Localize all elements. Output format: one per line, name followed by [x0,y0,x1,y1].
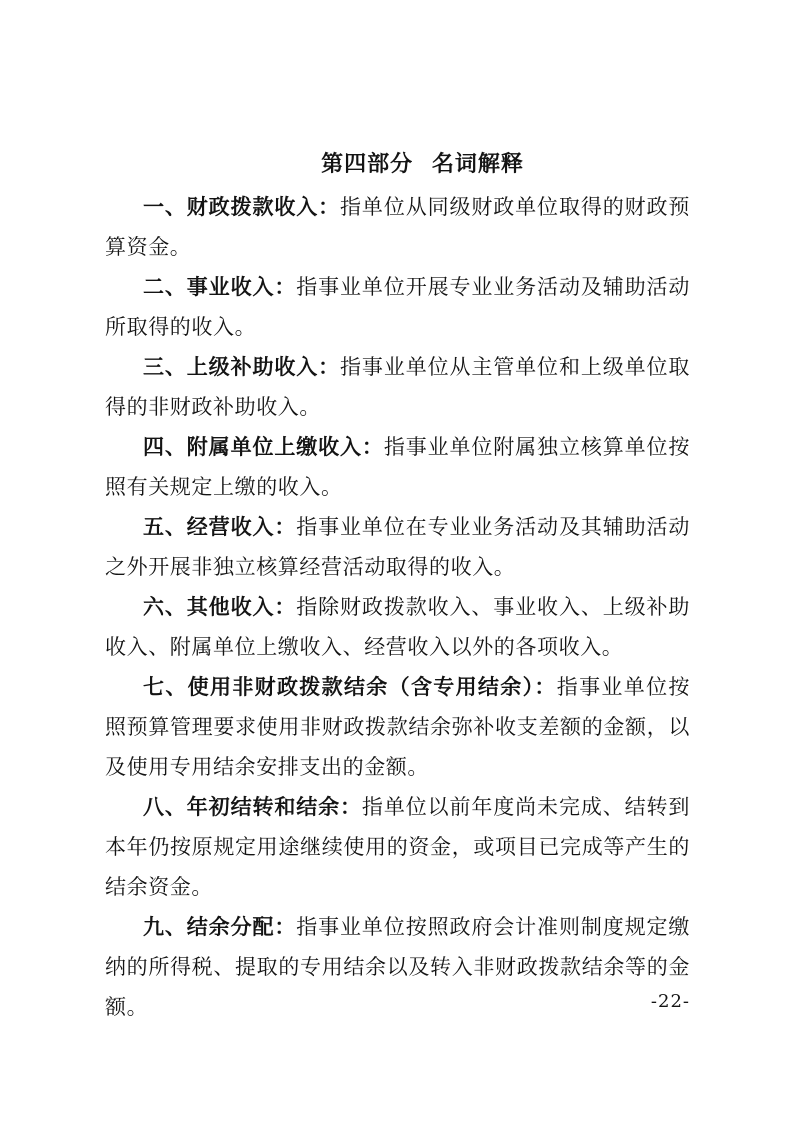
term-label-5: 五、经营收入： [143,514,296,539]
definition-paragraph-9: 九、结余分配：指事业单位按照政府会计准则制度规定缴纳的所得税、提取的专用结余以及… [105,907,690,1027]
page-number: -22- [651,991,690,1013]
term-label-3: 三、上级补助收入： [143,354,340,379]
document-page: 第四部分 名词解释 一、财政拨款收入：指单位从同级财政单位取得的财政预算资金。 … [0,0,793,1122]
definition-paragraph-8: 八、年初结转和结余：指单位以前年度尚未完成、结转到本年仍按原规定用途继续使用的资… [105,787,690,907]
definition-paragraph-6: 六、其他收入：指除财政拨款收入、事业收入、上级补助收入、附属单位上缴收入、经营收… [105,587,690,667]
definition-paragraph-5: 五、经营收入：指事业单位在专业业务活动及其辅助活动之外开展非独立核算经营活动取得… [105,507,690,587]
term-label-8: 八、年初结转和结余： [143,794,362,819]
term-label-9: 九、结余分配： [143,914,296,939]
definition-paragraph-4: 四、附属单位上缴收入：指事业单位附属独立核算单位按照有关规定上缴的收入。 [105,427,690,507]
term-label-2: 二、事业收入： [143,274,296,299]
definition-paragraph-2: 二、事业收入：指事业单位开展专业业务活动及辅助活动所取得的收入。 [105,267,690,347]
term-label-6: 六、其他收入： [143,594,296,619]
document-title: 第四部分 名词解释 [105,143,690,187]
definition-paragraph-3: 三、上级补助收入：指事业单位从主管单位和上级单位取得的非财政补助收入。 [105,347,690,427]
definition-paragraph-1: 一、财政拨款收入：指单位从同级财政单位取得的财政预算资金。 [105,187,690,267]
term-label-7: 七、使用非财政拨款结余（含专用结余）： [143,674,557,699]
term-label-1: 一、财政拨款收入： [143,194,340,219]
definition-paragraph-7: 七、使用非财政拨款结余（含专用结余）：指事业单位按照预算管理要求使用非财政拨款结… [105,667,690,787]
definitions-list: 一、财政拨款收入：指单位从同级财政单位取得的财政预算资金。 二、事业收入：指事业… [105,187,690,1027]
term-label-4: 四、附属单位上缴收入： [143,434,384,459]
